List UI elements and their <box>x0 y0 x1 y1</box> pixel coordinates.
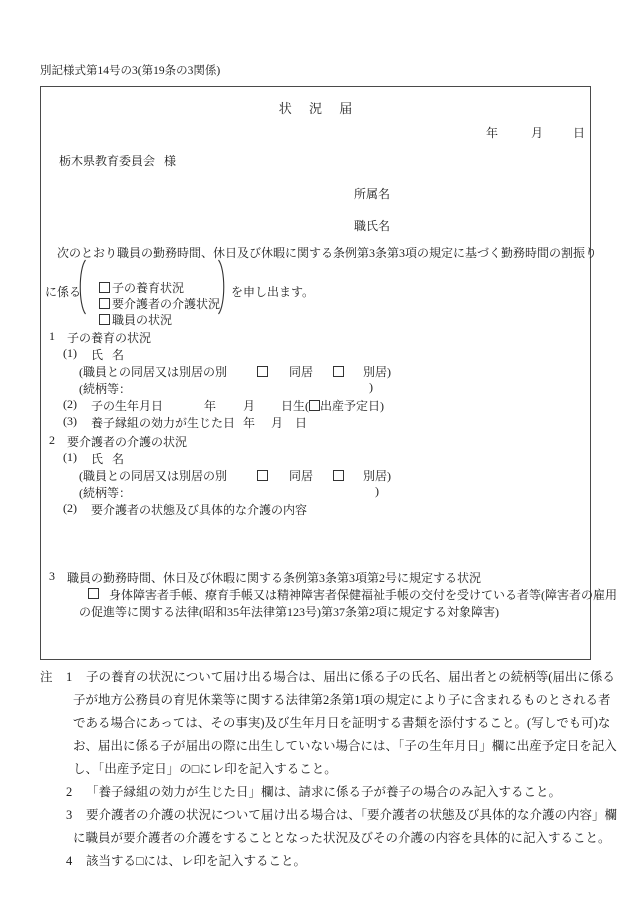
note-text-line: 「養子縁組の効力が生じた日」欄は、請求に係る子が養子の場合のみ記入すること。 <box>73 781 600 804</box>
disability-option-text-1: 身体障害者手帳、療育手帳又は精神障害者保健福祉手帳の交付を受けている者等(障害者… <box>109 586 617 603</box>
section1-title: 子の養育の状況 <box>67 329 151 346</box>
separate-label: 別居) <box>363 363 391 380</box>
note-number: 2 <box>66 781 72 804</box>
month-label: 月 <box>243 397 255 414</box>
item-number: (1) <box>63 450 77 465</box>
section2-cohabitation-line: (職員との同居又は別居の別 同居 別居) <box>41 467 590 484</box>
section2-title: 要介護者の介護の状況 <box>67 433 187 450</box>
name-line: 職氏名 <box>41 217 590 234</box>
section2-condition-line: (2) 要介護者の状態及び具体的な介護の内容 <box>41 501 590 518</box>
note-item-3: 3 要介護者の介護の状況について届け出る場合は、「要介護者の状態及び具体的な介護… <box>40 804 600 850</box>
item-number: (1) <box>63 346 77 361</box>
item-number: (2) <box>63 501 77 516</box>
section1-heading: 1 子の養育の状況 <box>41 329 590 346</box>
separate-label: 別居) <box>363 467 391 484</box>
intro-text: 次のとおり職員の勤務時間、休日及び休暇に関する条例第3条第3項の規定に基づく勤務… <box>57 244 597 261</box>
name-field-label: 氏 名 <box>91 346 124 363</box>
date-year-label: 年 <box>486 124 498 141</box>
note-number: 1 <box>66 666 72 689</box>
section1-birthdate-line: (2) 子の生年月日 年 月 日生(出産予定日) <box>41 397 590 414</box>
addressee: 栃木県教育委員会 様 <box>59 152 176 169</box>
note-number: 3 <box>66 804 72 827</box>
document-page: { "doc": { "form_id": "別記様式第14号の3(第19条の3… <box>0 0 630 903</box>
cohabit-label: 同居 <box>289 467 313 484</box>
form-designation: 別記様式第14号の3(第19条の3関係) <box>40 62 220 78</box>
date-day-label: 日 <box>573 124 585 141</box>
relationship-close-paren: ) <box>369 380 373 395</box>
section3-number: 3 <box>49 569 55 584</box>
form-border-box: 状 況 届 年 月 日 栃木県教育委員会 様 所属名 職氏名 次のとおり職員の勤… <box>40 86 591 660</box>
name-field-label: 氏 名 <box>91 450 124 467</box>
section2-number: 2 <box>49 433 55 448</box>
item-number: (2) <box>63 397 77 412</box>
month-label: 月 <box>271 414 283 431</box>
section3-option-line2: の促進等に関する法律(昭和35年法律第123号)第37条第2項に規定する対象障害… <box>41 603 590 620</box>
note-text-line: 要介護者の介護の状況について届け出る場合は、「要介護者の状態及び具体的な介護の内… <box>73 804 600 827</box>
notes-section: 注 1 子の養育の状況について届け出る場合は、届出に係る子の氏名、届出者との続柄… <box>40 666 600 873</box>
section1-name-line: (1) 氏 名 <box>41 346 590 363</box>
note-number: 4 <box>66 850 72 873</box>
year-label: 年 <box>243 414 255 431</box>
name-label: 職氏名 <box>354 217 390 234</box>
declaration-option-nursing: 要介護者の介護状況 <box>87 280 220 296</box>
cohabit-label: 同居 <box>289 363 313 380</box>
care-condition-label: 要介護者の状態及び具体的な介護の内容 <box>91 501 307 518</box>
day-born-open: 日生(出産予定日) <box>281 397 384 414</box>
section3-title: 職員の勤務時間、休日及び休暇に関する条例第3条第3項第2号に規定する状況 <box>67 569 481 586</box>
relationship-label: (続柄等： <box>79 380 131 397</box>
form-title: 状 況 届 <box>41 98 590 117</box>
left-paren-icon <box>75 259 87 315</box>
note-item-4: 4 該当する□には、レ印を記入すること。 <box>40 850 600 873</box>
section2-relationship-line: (続柄等： ) <box>41 484 590 501</box>
section2-heading: 2 要介護者の介護の状況 <box>41 433 590 450</box>
section1-number: 1 <box>49 329 55 344</box>
note-text-line: 子の養育の状況について届け出る場合は、届出に係る子の氏名、届出者との続柄等(届出… <box>73 666 600 689</box>
date-month-label: 月 <box>531 124 543 141</box>
day-born-label: 日生( <box>281 399 309 413</box>
section3-heading: 3 職員の勤務時間、休日及び休暇に関する条例第3条第3項第2号に規定する状況 <box>41 569 590 586</box>
section1-cohabitation-line: (職員との同居又は別居の別 同居 別居) <box>41 363 590 380</box>
checkbox-s2-cohabit[interactable] <box>257 470 268 481</box>
note-item-1: 1 子の養育の状況について届け出る場合は、届出に係る子の氏名、届出者との続柄等(… <box>40 666 600 781</box>
declaration-option-child: 子の養育状況 <box>87 264 184 280</box>
note-item-2: 2 「養子縁組の効力が生じた日」欄は、請求に係る子が養子の場合のみ記入すること。 <box>40 781 600 804</box>
note-text-line: し、「出産予定日」の□にレ印を記入すること。 <box>73 758 600 781</box>
declaration-option-label: 職員の状況 <box>112 313 172 327</box>
declaration-suffix: を申し出ます。 <box>231 283 314 300</box>
note-text-line: お、届出に係る子が届出の際に出生していない場合には、「子の生年月日」欄に出産予定… <box>73 735 600 758</box>
checkbox-disability-certificate[interactable] <box>88 588 99 599</box>
note-text-line: である場合にあっては、その事実)及び生年月日を証明する書類を添付すること。(写し… <box>73 712 600 735</box>
checkbox-s2-separate[interactable] <box>333 470 344 481</box>
declaration-option-staff: 職員の状況 <box>87 296 172 312</box>
birthdate-label: 子の生年月日 <box>91 397 163 414</box>
cohabitation-prefix: (職員との同居又は別居の別 <box>79 467 227 484</box>
note-text-line: に職員が要介護者の介護をすることとなった状況及びその介護の内容を具体的に記入する… <box>73 827 600 850</box>
year-label: 年 <box>204 397 216 414</box>
date-line: 年 月 日 <box>41 124 590 141</box>
affiliation-label: 所属名 <box>354 185 390 202</box>
day-label: 日 <box>295 414 307 431</box>
note-text-line: 該当する□には、レ印を記入すること。 <box>73 850 600 873</box>
checkbox-staff-status[interactable] <box>99 314 110 325</box>
section1-adoption-line: (3) 養子縁組の効力が生じた日 年 月 日 <box>41 414 590 431</box>
item-number: (3) <box>63 414 77 429</box>
intro-line: 次のとおり職員の勤務時間、休日及び休暇に関する条例第3条第3項の規定に基づく勤務… <box>41 244 590 261</box>
cohabitation-prefix: (職員との同居又は別居の別 <box>79 363 227 380</box>
adoption-label: 養子縁組の効力が生じた日 <box>91 414 235 431</box>
relationship-label: (続柄等： <box>79 484 131 501</box>
checkbox-s1-separate[interactable] <box>333 366 344 377</box>
section2-name-line: (1) 氏 名 <box>41 450 590 467</box>
addressee-line: 栃木県教育委員会 様 <box>41 152 590 169</box>
checkbox-expected-birth[interactable] <box>309 400 320 411</box>
note-text-line: 子が地方公務員の育児休業等に関する法律第2条第1項の規定により子に含まれるものと… <box>73 689 600 712</box>
section3-option-line1: 身体障害者手帳、療育手帳又は精神障害者保健福祉手帳の交付を受けている者等(障害者… <box>41 586 590 603</box>
checkbox-s1-cohabit[interactable] <box>257 366 268 377</box>
section1-relationship-line: (続柄等： ) <box>41 380 590 397</box>
disability-option-text-2: の促進等に関する法律(昭和35年法律第123号)第37条第2項に規定する対象障害… <box>79 603 499 620</box>
affiliation-line: 所属名 <box>41 185 590 202</box>
relationship-close-paren: ) <box>375 484 379 499</box>
expected-birth-label: 出産予定日) <box>320 399 384 413</box>
